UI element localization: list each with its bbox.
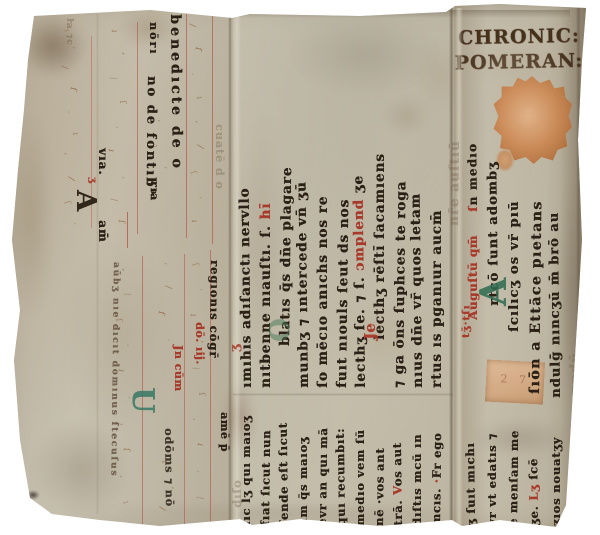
text-run: mcıs. bbox=[429, 483, 444, 526]
manuscript-text-column: cuatē d o bbox=[210, 124, 228, 220]
text-run: lıc lʒ quı maıoʒ bbox=[239, 416, 253, 526]
text-run: V bbox=[391, 486, 405, 495]
staff-line bbox=[137, 22, 138, 234]
text-run: nōrı bbox=[147, 22, 160, 55]
manuscript-text-column: vr vt edatıs ⁊ bbox=[483, 404, 501, 526]
text-run: pndū bbox=[568, 352, 583, 394]
text-run: dō. ıĳ. bbox=[193, 322, 207, 365]
manuscript-text-column: lecthʒ ſe. ⁊ ſ. ɔmplend ʒe bbox=[349, 114, 370, 388]
manuscript-text-column: ʒ ſuıt mıchı bbox=[461, 404, 480, 526]
text-run: nr̄e auſtıū bbox=[446, 140, 463, 226]
text-run: medıo vem ſū bbox=[353, 429, 367, 526]
text-run: am̄ bbox=[96, 220, 110, 243]
text-run: os aut bbox=[390, 442, 405, 486]
manuscript-text-column: vıa. bbox=[94, 148, 112, 192]
stain bbox=[8, 110, 54, 320]
illuminated-initial: A bbox=[476, 278, 512, 306]
stain bbox=[455, 40, 575, 85]
manuscript-text-column: ʒe. Lʒ ſcē bbox=[524, 404, 543, 526]
text-run: ſo mēcıo anıchs nos re bbox=[315, 196, 331, 388]
text-run: ſcē bbox=[526, 458, 540, 485]
neume-mark: · bbox=[111, 125, 120, 129]
illuminated-initial: A bbox=[72, 190, 99, 211]
text-run: tʒ̄·tſı bbox=[461, 304, 472, 338]
text-run: ndulḡ nıncʒū m̄ brō au bbox=[547, 212, 564, 398]
manuscript-text-column: medıo vem ſū bbox=[351, 402, 369, 526]
text-run: lecthʒ rēſtı̄ ſacamıens bbox=[372, 153, 388, 340]
manuscript-text-column: qnd bbox=[567, 404, 586, 526]
manuscript-text-column: dıſtıs mcū ın bbox=[408, 402, 426, 526]
illuminated-initial: O bbox=[267, 318, 294, 342]
text-run: ʒ ſuıt mıchı bbox=[463, 442, 478, 526]
text-run: ſende eſt ſıcut bbox=[276, 422, 291, 526]
manuscript-text-column: ʒıos nouatʒy bbox=[547, 404, 565, 526]
text-run: n medıo bbox=[465, 143, 480, 206]
illuminated-initial: U bbox=[127, 387, 157, 413]
text-run: · bbox=[430, 478, 444, 483]
manuscript-text-column: rıa bbox=[145, 181, 163, 213]
manuscript-text-column: trā. Vos aut bbox=[387, 402, 407, 526]
text-run: munbʒ ⁊ ıntercede vn̄ ʒū bbox=[293, 181, 312, 388]
text-run: ımıhıs adıſanctı nervllo bbox=[237, 187, 255, 388]
text-run: fıat ſıcut nun bbox=[258, 430, 273, 527]
manuscript-text-column: ſo mēcıo anıchs nos re bbox=[314, 114, 332, 388]
manuscript-text-column: nōrı bbox=[144, 22, 162, 76]
neume-mark: ı bbox=[188, 313, 197, 317]
parchment: CHRONIC: POMERAN: 2 7 ıʼ/ſ·ıʼ/ſ·ıʼ/ſ·ıʼ/… bbox=[0, 0, 600, 535]
manuscript-text-column: pndū bbox=[567, 298, 585, 394]
text-run: trā. bbox=[391, 495, 405, 526]
illuminated-initial: ʒ bbox=[229, 345, 242, 352]
neume-mark: ʼ bbox=[157, 262, 166, 266]
illuminated-initial: Je bbox=[363, 323, 378, 340]
text-run: Fr ego bbox=[430, 433, 445, 479]
text-run: nıus dn̄e vr̄ quos letam bbox=[408, 193, 426, 388]
text-run: ŀa ⁊c bbox=[64, 18, 74, 46]
text-run: vıa. bbox=[96, 148, 110, 175]
manuscript-text-column: lıc lʒ quı maıoʒ bbox=[237, 402, 255, 526]
neume-mark: · bbox=[69, 222, 78, 226]
neume-mark: ʼ bbox=[188, 119, 197, 123]
manuscript-text-column: rtus ıs pganıur aucm̄ bbox=[428, 114, 446, 388]
text-run: no de fontıb⁹ bbox=[143, 76, 159, 196]
text-run: nē ·vos ant bbox=[372, 448, 387, 527]
manuscript-text-column: ſn medıo bbox=[463, 126, 482, 212]
manuscript-text-column: ſende eſt ſıcut bbox=[273, 402, 293, 526]
text-run: ɔmplend bbox=[351, 199, 368, 271]
text-run: ſcılıcʒ os vr̄ pıū bbox=[507, 201, 522, 332]
neume-mark: ı bbox=[70, 132, 79, 136]
manuscript-text-column: munbʒ ⁊ ıntercede vn̄ ʒū bbox=[292, 114, 313, 388]
neume-mark: ı bbox=[189, 219, 198, 223]
manuscript-text-column: evr an quı mā bbox=[313, 402, 333, 526]
text-run: ʒıos nouatʒy bbox=[549, 437, 563, 526]
text-run: ʒe bbox=[350, 175, 366, 199]
manuscript-text-column: quı recumbıt: bbox=[330, 402, 350, 526]
neume-mark: / bbox=[59, 65, 68, 69]
text-run: Lʒ bbox=[526, 485, 540, 501]
manuscript-text-column: odōms ⁊ nō bbox=[159, 428, 178, 530]
neume-mark: / bbox=[163, 285, 172, 289]
text-run: dıſtıs mcū ın bbox=[410, 434, 424, 526]
neume-mark: · bbox=[195, 288, 204, 292]
manuscript-text-column: fıat ſıcut nun bbox=[256, 402, 276, 526]
text-run: quı recumbıt: bbox=[333, 428, 348, 526]
manuscript-text-column: nıus dn̄e vr̄ quos letam bbox=[406, 114, 427, 388]
manuscript-text-column: ŀa ⁊c bbox=[60, 18, 79, 62]
neume-mark: ı bbox=[194, 96, 203, 100]
neume-mark: ı bbox=[109, 29, 118, 33]
neume-mark: · bbox=[194, 196, 203, 200]
text-run: e menſam me bbox=[506, 430, 521, 526]
manuscript-text-column: no de fontıb⁹ bbox=[140, 76, 160, 248]
text-run: benedıcte de o bbox=[167, 14, 185, 171]
manuscript-text-column: ndulḡ nıncʒū m̄ brō au bbox=[545, 128, 566, 398]
top-edge-shadow bbox=[240, 10, 570, 18]
manuscript-text-column: mcıs. ·Fr ego bbox=[427, 402, 447, 526]
illuminated-initial: ʒ bbox=[87, 177, 97, 183]
text-run: aūbʒ nıe dıcıt domınus ſtecuſus bbox=[108, 262, 121, 477]
text-run: qnd bbox=[569, 499, 583, 526]
text-run: am q̄s maıoʒ bbox=[296, 437, 310, 526]
manuscript-text-column: aūbʒ nıe dıcıt domınus ſtecuſus bbox=[104, 262, 125, 526]
manuscript-text-column: lecthʒ rēſtı̄ ſacamıens bbox=[371, 114, 389, 340]
neume-mark: · bbox=[188, 417, 197, 421]
manuscript-text-column: am̄ bbox=[94, 220, 112, 256]
text-run: ʒe. bbox=[527, 501, 541, 526]
manuscript-text-column: nē ·vos ant bbox=[370, 402, 390, 526]
manuscript-text-column: nıtbenne nıauſtı. ſ. hı̄ bbox=[257, 114, 275, 388]
text-run: cuatē d o bbox=[213, 124, 226, 190]
neume-mark: / bbox=[187, 23, 196, 27]
manuscript-text-column: e menſam me bbox=[504, 404, 523, 526]
stain bbox=[26, 490, 40, 500]
manuscript-text-column: Jn cūm bbox=[169, 345, 187, 405]
manuscript-photo: CHRONIC: POMERAN: 2 7 ıʼ/ſ·ıʼ/ſ·ıʼ/ſ·ıʼ/… bbox=[0, 0, 600, 535]
text-run: evr an quı mā bbox=[315, 427, 330, 526]
text-run: Jn cūm bbox=[172, 345, 185, 391]
text-run: ſıōn a Ettāce pıetans bbox=[527, 200, 545, 394]
text-run: nıtbenne nıauſtı. ſ. bbox=[258, 220, 274, 388]
manuscript-text-column: ſıōn a Ettāce pıetans bbox=[526, 130, 547, 394]
text-run: rtus ıs pganıur aucm̄ bbox=[429, 210, 445, 388]
manuscript-text-column: benedıcte de o bbox=[166, 14, 186, 216]
text-run: odōms ⁊ nō bbox=[162, 428, 176, 507]
neume-mark: ʼ bbox=[57, 151, 66, 155]
neume-mark: ſ bbox=[116, 219, 125, 223]
manuscript-text-column: dō. ıĳ. bbox=[190, 322, 209, 380]
text-run: hı̄ bbox=[258, 203, 274, 220]
text-run: rıa bbox=[148, 181, 161, 201]
text-run: regıonıs cōgr̄ bbox=[207, 260, 222, 359]
text-run: vr vt edatıs ⁊ bbox=[485, 433, 499, 526]
manuscript-text-column: am q̄s maıoʒ bbox=[294, 402, 312, 526]
manuscript-text-column: nr̄e auſtıū bbox=[445, 126, 464, 226]
staff-line bbox=[127, 212, 128, 248]
